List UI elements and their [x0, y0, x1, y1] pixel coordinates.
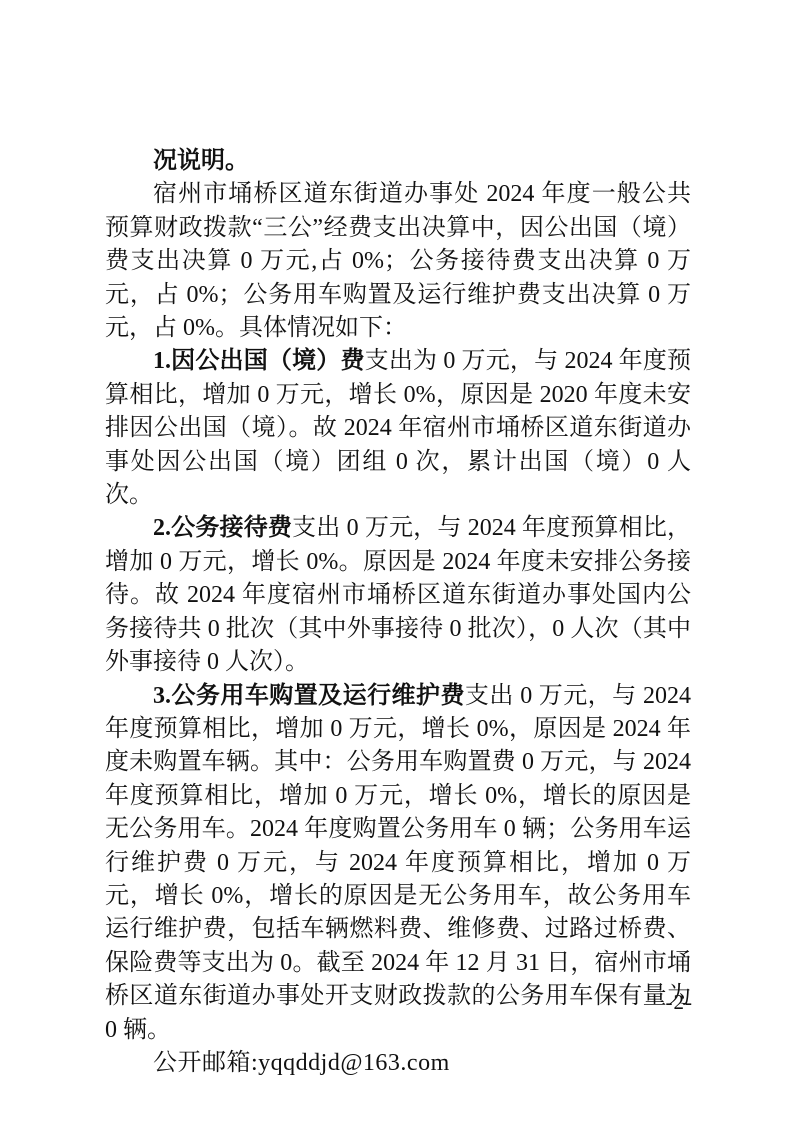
- item-1-abroad-fee-lead: 1.因公出国（境）费: [153, 348, 365, 374]
- document-page: 况说明。 宿州市埇桥区道东街道办事处 2024 年度一般公共预算财政拨款“三公”…: [0, 0, 793, 1122]
- item-3-vehicle-fee-text: 支出 0 万元，与 2024 年度预算相比，增加 0 万元，增长 0%，原因是 …: [105, 683, 691, 1043]
- item-2-reception-fee-lead: 2.公务接待费: [153, 515, 292, 541]
- item-3-vehicle-fee-lead: 3.公务用车购置及运行维护费: [153, 683, 465, 709]
- intro-summary-text: 宿州市埇桥区道东街道办事处 2024 年度一般公共预算财政拨款“三公”经费支出决…: [105, 181, 691, 341]
- paragraph-item-2-reception-fee: 2.公务接待费支出 0 万元，与 2024 年度预算相比，增加 0 万元，增长 …: [105, 512, 691, 679]
- section-heading-fragment: 况说明。: [105, 145, 691, 178]
- document-body: 况说明。 宿州市埇桥区道东街道办事处 2024 年度一般公共预算财政拨款“三公”…: [105, 145, 691, 1080]
- paragraphs-container: 宿州市埇桥区道东街道办事处 2024 年度一般公共预算财政拨款“三公”经费支出决…: [105, 178, 691, 1047]
- paragraph-item-3-vehicle-fee: 3.公务用车购置及运行维护费支出 0 万元，与 2024 年度预算相比，增加 0…: [105, 680, 691, 1047]
- public-email-line: 公开邮箱:yqqddjd@163.com: [105, 1047, 691, 1080]
- paragraph-item-1-abroad-fee: 1.因公出国（境）费支出为 0 万元，与 2024 年度预算相比，增加 0 万元…: [105, 345, 691, 512]
- page-number: -2-: [666, 992, 694, 1013]
- paragraph-intro-summary: 宿州市埇桥区道东街道办事处 2024 年度一般公共预算财政拨款“三公”经费支出决…: [105, 178, 691, 345]
